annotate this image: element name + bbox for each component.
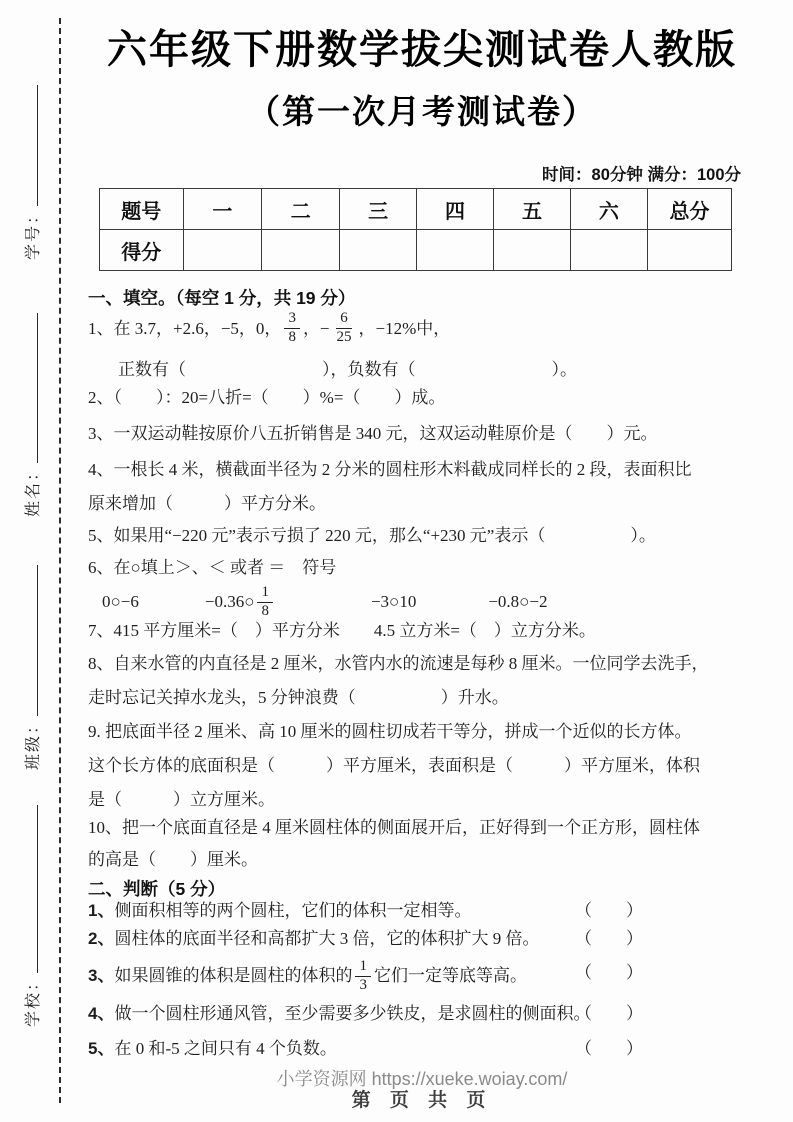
q6-compare-3: −3○10 [371, 587, 416, 617]
question-6-line1: 6、在○填上＞、＜ 或者 ＝ 符号 [88, 553, 756, 583]
judge-3-text-after: 它们一定等底等高。 [374, 966, 527, 986]
score-cell [183, 230, 262, 271]
question-8-line1: 8、自来水管的内直径是 2 厘米，水管内水的流速是每秒 8 厘米。一位同学去洗手… [88, 649, 756, 679]
question-1-line2: 正数有（ ），负数有（ ）。 [88, 355, 756, 385]
judge-2-text: 圆柱体的底面半径和高都扩大 3 倍，它的体积扩大 9 倍。 [114, 929, 539, 949]
judge-2-answer-bracket: （ ） [575, 929, 643, 949]
paper-subtitle: （第一次月考测试卷） [88, 90, 756, 134]
school-label: 学校： [20, 973, 43, 1027]
q6-compare-2-text: −0.36○ [205, 587, 255, 617]
class-label: 班级： [20, 716, 43, 770]
school-blank-line [37, 805, 38, 973]
question-10-line2: 的高是（ ）厘米。 [88, 845, 756, 875]
margin-field-name: 姓名： [13, 313, 43, 517]
judge-4-number: 4、 [88, 1004, 114, 1024]
score-row-label: 得分 [100, 230, 184, 271]
score-table-header-cell: 题号 [100, 189, 184, 230]
judge-question-3: 3、 如果圆锥的体积是圆柱的体积的 1 3 它们一定等底等高。 （ ） [88, 953, 756, 999]
question-3: 3、一双运动鞋按原价八五折销售是 340 元，这双运动鞋原价是（ ）元。 [88, 419, 756, 449]
question-10-line1: 10、把一个底面直径是 4 厘米圆柱体的侧面展开后，正好得到一个正方形，圆柱体 [88, 813, 756, 843]
judge-4-text: 做一个圆柱形通风管，至少需要多少铁皮，是求圆柱的侧面积。 [114, 1004, 590, 1024]
student-no-label: 学号： [20, 206, 43, 260]
fraction-1-8: 1 8 [257, 584, 273, 620]
score-table-header-cell: 一 [183, 189, 262, 230]
judge-4-answer-bracket: （ ） [575, 1004, 643, 1024]
test-paper-page: 学号： 姓名： 班级： 学校： 六年级下册数学拔尖测试卷人教版 （第一次月考测试… [0, 0, 793, 1122]
judge-5-text: 在 0 和-5 之间只有 4 个负数。 [114, 1039, 336, 1059]
question-9-line2: 这个长方体的底面积是（ ）平方厘米，表面积是（ ）平方厘米，体积 [88, 751, 756, 781]
class-blank-line [37, 565, 38, 716]
question-5: 5、如果用“−220 元”表示亏损了 220 元，那么“+230 元”表示（ ）… [88, 521, 756, 551]
section2-heading: 二、判断（5 分） [88, 874, 756, 904]
judge-3-text: 如果圆锥的体积是圆柱的体积的 [114, 966, 352, 986]
score-cell [570, 230, 647, 271]
score-cell [647, 230, 731, 271]
judge-5-answer-bracket: （ ） [575, 1039, 643, 1059]
margin-field-school: 学校： [13, 805, 43, 1027]
fraction-6-25: 6 25 [333, 310, 356, 346]
name-blank-line [37, 313, 38, 463]
judge-1-text: 侧面积相等的两个圆柱，它们的体积一定相等。 [114, 901, 471, 921]
question-1-line1: 1、在 3.7，+2.6，−5，0， 3 8 ，− 6 25 ，−12%中， [88, 305, 756, 351]
q6-compare-4: −0.8○−2 [488, 587, 547, 617]
q1-text: ，−12%中， [359, 320, 451, 337]
fraction-3-8: 3 8 [284, 310, 300, 346]
score-cell [417, 230, 494, 271]
judge-1-number: 1、 [88, 901, 114, 921]
judge-5-number: 5、 [88, 1039, 114, 1059]
score-table-header-cell: 四 [417, 189, 494, 230]
question-7: 7、415 平方厘米=（ ）平方分米 4.5 立方米=（ ）立方分米。 [88, 616, 756, 646]
score-cell [262, 230, 340, 271]
student-no-blank-line [37, 85, 38, 206]
q1-text: 1、在 3.7，+2.6，−5，0， [88, 320, 281, 337]
score-table-header-cell: 三 [340, 189, 417, 230]
dashed-cut-line [59, 18, 61, 1103]
judge-question-4: 4、 做一个圆柱形通风管，至少需要多少铁皮，是求圆柱的侧面积。 （ ） [88, 1004, 756, 1024]
q6-compare-2: −0.36○ 1 8 [205, 584, 276, 620]
q1-text: ，− [303, 320, 330, 337]
paper-title: 六年级下册数学拔尖测试卷人教版 [88, 24, 756, 76]
judge-1-answer-bracket: （ ） [575, 901, 643, 921]
footer-page-number: 第 页 共 页 [88, 1086, 756, 1116]
margin-field-class: 班级： [13, 565, 43, 770]
score-cell [493, 230, 570, 271]
question-2: 2、（ ）：20=八折=（ ）%=（ ）成。 [88, 383, 756, 413]
score-cell [340, 230, 417, 271]
score-table-header-row: 题号 一 二 三 四 五 六 总分 [100, 189, 793, 230]
question-4-line1: 4、一根长 4 米，横截面半径为 2 分米的圆柱形木料截成同样长的 2 段，表面… [88, 455, 756, 485]
judge-question-2: 2、 圆柱体的底面半径和高都扩大 3 倍，它的体积扩大 9 倍。 （ ） [88, 929, 756, 949]
question-9-line1: 9. 把底面半径 2 厘米、高 10 厘米的圆柱切成若干等分，拼成一个近似的长方… [88, 717, 756, 747]
score-table-score-row: 得分 [100, 230, 793, 271]
question-9-line3: 是（ ）立方厘米。 [88, 785, 756, 815]
score-table: 题号 一 二 三 四 五 六 总分 得分 [99, 188, 793, 271]
q6-compare-1: 0○−6 [102, 587, 139, 617]
judge-3-number: 3、 [88, 966, 114, 986]
score-table-header-cell: 二 [262, 189, 340, 230]
question-8-line2: 走时忘记关掉水龙头，5 分钟浪费（ ）升水。 [88, 683, 756, 713]
score-table-header-cell: 总分 [647, 189, 731, 230]
judge-question-5: 5、 在 0 和-5 之间只有 4 个负数。 （ ） [88, 1039, 756, 1059]
judge-3-answer-bracket: （ ） [575, 963, 643, 983]
judge-2-number: 2、 [88, 929, 114, 949]
fraction-1-3: 1 3 [355, 958, 371, 994]
margin-field-student-no: 学号： [13, 85, 43, 260]
score-table-header-cell: 五 [493, 189, 570, 230]
judge-question-1: 1、 侧面积相等的两个圆柱，它们的体积一定相等。 （ ） [88, 901, 756, 921]
time-score-meta: 时间：80分钟 满分：100分 [88, 160, 756, 190]
score-table-header-cell: 六 [570, 189, 647, 230]
question-4-line2: 原来增加（ ）平方分米。 [88, 489, 756, 519]
name-label: 姓名： [20, 463, 43, 517]
